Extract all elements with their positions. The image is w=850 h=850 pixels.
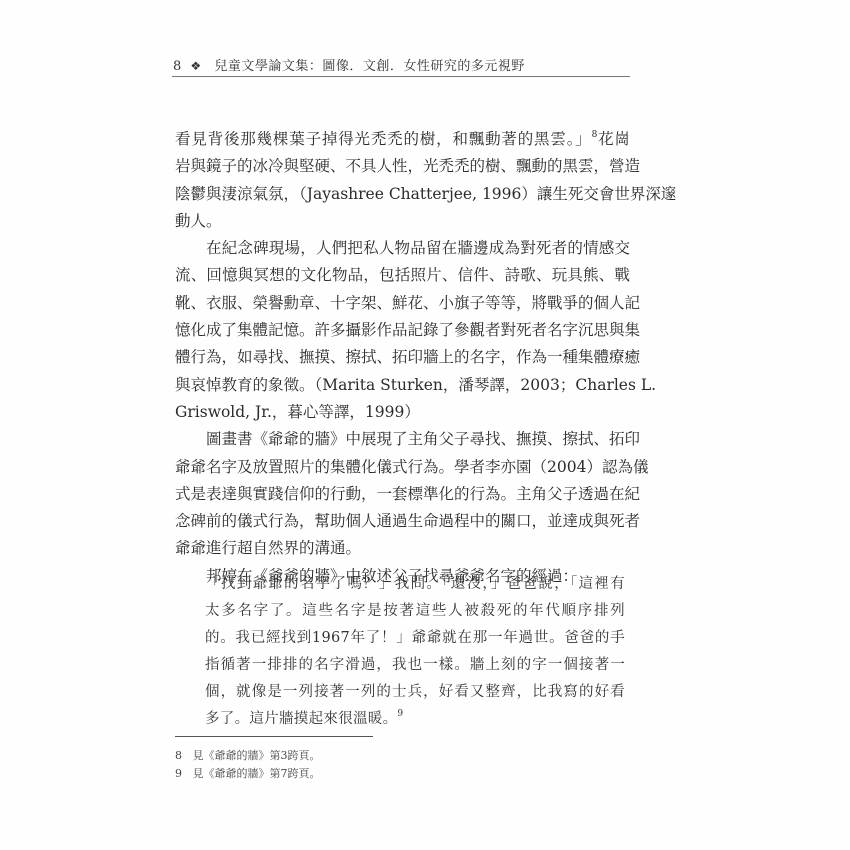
- footnote-number: 8: [175, 747, 189, 764]
- body-text: 看見背後那幾棵葉子掉得光禿禿的樹，和飄動著的黑雲。」8花崗 岩與鏡子的冰冷與堅硬…: [175, 126, 630, 590]
- text-line: 動人。: [175, 208, 630, 235]
- running-header: 8 ❖ 兒童文學論文集：圖像．文創．女性研究的多元視野: [173, 57, 631, 77]
- line-text: 看見背後那幾棵葉子掉得光禿禿的樹，和飄動著的黑雲。」: [175, 130, 592, 148]
- text-line: 念碑前的儀式行為，幫助個人通過生命過程中的關口，並達成與死者: [175, 508, 630, 535]
- text-line: 與哀悼教育的象徵。（Marita Sturken，潘琴譯，2003；Charle…: [175, 372, 630, 399]
- quote-line: 的。我已經找到1967年了！」爺爺就在那一年過世。爸爸的手: [205, 625, 625, 652]
- text-line: 爺爺名字及放置照片的集體化儀式行為。學者李亦園（2004）認為儀: [175, 454, 630, 481]
- book-page: 8 ❖ 兒童文學論文集：圖像．文創．女性研究的多元視野 看見背後那幾棵葉子掉得光…: [0, 0, 850, 850]
- text-line: 圖畫書《爺爺的牆》中展現了主角父子尋找、撫摸、擦拭、拓印: [175, 426, 630, 453]
- quote-line: 太多名字了。這些名字是按著這些人被殺死的年代順序排列: [205, 598, 625, 625]
- footnote-item: 9 見《爺爺的牆》第7跨頁。: [175, 765, 475, 783]
- page-number: 8: [173, 59, 182, 74]
- text-line: 靴、衣服、榮譽勳章、十字架、鮮花、小旗子等等，將戰爭的個人記: [175, 290, 630, 317]
- line-text: 花崗: [597, 130, 630, 148]
- block-quote: 「找到爺爺的名字了嗎？」我問。「還沒，」爸爸說，「這裡有 太多名字了。這些名字是…: [205, 571, 625, 733]
- text-line: 體行為，如尋找、撫摸、擦拭、拓印牆上的名字，作為一種集體療癒: [175, 344, 630, 371]
- line-text: 多了。這片牆摸起來很溫暖。: [205, 711, 397, 727]
- quote-line: 「找到爺爺的名字了嗎？」我問。「還沒，」爸爸說，「這裡有: [205, 571, 625, 598]
- footnote-rule: [175, 736, 373, 737]
- text-line: 在紀念碑現場，人們把私人物品留在牆邊成為對死者的情感交: [175, 235, 630, 262]
- text-line: 爺爺進行超自然界的溝通。: [175, 535, 630, 562]
- quote-line: 指循著一排排的名字滑過，我也一樣。牆上刻的字一個接著一: [205, 652, 625, 679]
- header-rule: [172, 76, 630, 77]
- footnote-ref: 9: [397, 709, 403, 719]
- footnote-text: 見《爺爺的牆》第7跨頁。: [193, 767, 321, 780]
- footnote-text: 見《爺爺的牆》第3跨頁。: [193, 749, 321, 762]
- text-line: 陰鬱與淒涼氣氛，（Jayashree Chatterjee, 1996）讓生死交…: [175, 181, 630, 208]
- text-line: 憶化成了集體記憶。許多攝影作品記錄了參觀者對死者名字沉思與集: [175, 317, 630, 344]
- text-line: 流、回憶與冥想的文化物品，包括照片、信件、詩歌、玩具熊、戰: [175, 262, 630, 289]
- footnote-item: 8 見《爺爺的牆》第3跨頁。: [175, 747, 475, 765]
- quote-line: 個，就像是一列接著一列的士兵，好看又整齊，比我寫的好看: [205, 679, 625, 706]
- footnotes: 8 見《爺爺的牆》第3跨頁。 9 見《爺爺的牆》第7跨頁。: [175, 747, 475, 783]
- book-title: 兒童文學論文集：圖像．文創．女性研究的多元視野: [214, 59, 525, 74]
- text-line: 式是表達與實踐信仰的行動，一套標準化的行為。主角父子透過在紀: [175, 481, 630, 508]
- footnote-number: 9: [175, 765, 189, 782]
- text-line: 看見背後那幾棵葉子掉得光禿禿的樹，和飄動著的黑雲。」8花崗: [175, 126, 630, 153]
- text-line: Griswold, Jr.，暮心等譯，1999）: [175, 399, 630, 426]
- text-line: 岩與鏡子的冰冷與堅硬、不具人性，光禿禿的樹、飄動的黑雲，營造: [175, 153, 630, 180]
- quote-line: 多了。這片牆摸起來很溫暖。9: [205, 706, 625, 733]
- ornament-icon: ❖: [190, 59, 201, 73]
